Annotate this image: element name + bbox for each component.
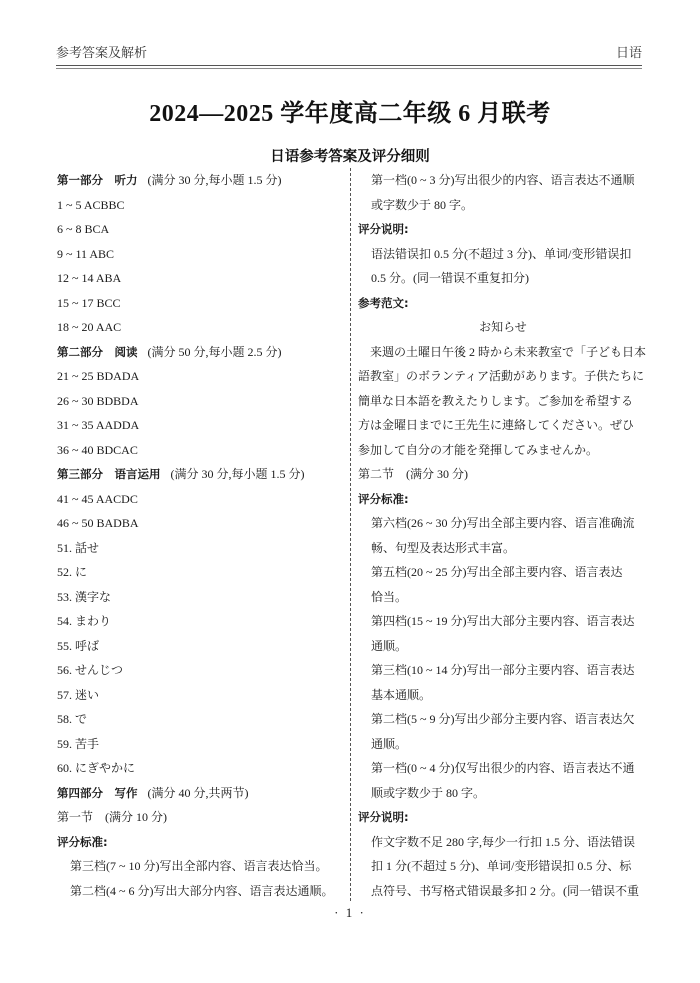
answer-row: 9 ~ 11 ABC bbox=[57, 242, 343, 267]
writing-section1-title: 第一节 (满分 10 分) bbox=[57, 805, 343, 830]
explanation-line: 扣 1 分(不超过 5 分)、单词/变形错误扣 0.5 分、标 bbox=[358, 854, 648, 879]
criteria-line: 第四档(15 ~ 19 分)写出大部分主要内容、语言表达 bbox=[358, 609, 648, 634]
sample-line: 簡単な日本語を教えたりします。ご参加を希望する bbox=[358, 389, 648, 414]
answer-row: 15 ~ 17 BCC bbox=[57, 291, 343, 316]
criteria-line: 第一档(0 ~ 4 分)仅写出很少的内容、语言表达不通 bbox=[358, 756, 648, 781]
criteria-line: 第一档(0 ~ 3 分)写出很少的内容、语言表达不通顺 bbox=[358, 168, 648, 193]
part1-heading: 第一部分 听力(满分 30 分,每小题 1.5 分) bbox=[57, 168, 343, 193]
column-divider bbox=[350, 168, 351, 901]
answer-row: 31 ~ 35 AADDA bbox=[57, 413, 343, 438]
answer-row: 54. まわり bbox=[57, 609, 343, 634]
sample-line: 来週の土曜日午後 2 時から未来教室で「子ども日本 bbox=[358, 340, 648, 365]
answer-row: 51. 話せ bbox=[57, 536, 343, 561]
answer-row: 26 ~ 30 BDBDA bbox=[57, 389, 343, 414]
part2-title: 第二部分 阅读 bbox=[57, 345, 138, 359]
part3-note: (满分 30 分,每小题 1.5 分) bbox=[171, 467, 305, 481]
criteria-line: 第三档(10 ~ 14 分)写出一部分主要内容、语言表达 bbox=[358, 658, 648, 683]
criteria-line: 第二档(4 ~ 6 分)写出大部分内容、语言表达通顺。 bbox=[57, 879, 343, 904]
sample-line: 語教室」のボランティア活動があります。子供たちに bbox=[358, 364, 648, 389]
answer-row: 57. 迷い bbox=[57, 683, 343, 708]
writing-section2-title: 第二节 (满分 30 分) bbox=[358, 462, 648, 487]
part1-title: 第一部分 听力 bbox=[57, 173, 138, 187]
criteria-line: 第二档(5 ~ 9 分)写出少部分主要内容、语言表达欠 bbox=[358, 707, 648, 732]
answer-row: 59. 苦手 bbox=[57, 732, 343, 757]
criteria-label: 评分标准: bbox=[358, 487, 648, 512]
answer-row: 21 ~ 25 BDADA bbox=[57, 364, 343, 389]
part4-heading: 第四部分 写作(满分 40 分,共两节) bbox=[57, 781, 343, 806]
page-title: 2024—2025 学年度高二年级 6 月联考 bbox=[0, 93, 700, 128]
sample-line: 参加して自分の才能を発揮してみませんか。 bbox=[358, 438, 648, 463]
answer-row: 58. で bbox=[57, 707, 343, 732]
part4-note: (满分 40 分,共两节) bbox=[148, 786, 249, 800]
answer-row: 41 ~ 45 AACDC bbox=[57, 487, 343, 512]
answer-row: 56. せんじつ bbox=[57, 658, 343, 683]
answer-row: 53. 漢字な bbox=[57, 585, 343, 610]
answer-row: 18 ~ 20 AAC bbox=[57, 315, 343, 340]
sample-title: お知らせ bbox=[358, 315, 648, 340]
criteria-line: 第三档(7 ~ 10 分)写出全部内容、语言表达恰当。 bbox=[57, 854, 343, 879]
criteria-line: 恰当。 bbox=[358, 585, 648, 610]
answer-row: 36 ~ 40 BDCAC bbox=[57, 438, 343, 463]
criteria-label: 评分标准: bbox=[57, 830, 343, 855]
part2-note: (满分 50 分,每小题 2.5 分) bbox=[148, 345, 282, 359]
header-double-rule bbox=[56, 65, 642, 69]
part3-heading: 第三部分 语言运用(满分 30 分,每小题 1.5 分) bbox=[57, 462, 343, 487]
sample-line: 方は金曜日までに王先生に連絡してください。ぜひ bbox=[358, 413, 648, 438]
answer-row: 55. 呼ば bbox=[57, 634, 343, 659]
answer-row: 46 ~ 50 BADBA bbox=[57, 511, 343, 536]
answer-row: 52. に bbox=[57, 560, 343, 585]
part3-title: 第三部分 语言运用 bbox=[57, 467, 161, 481]
answer-row: 1 ~ 5 ACBBC bbox=[57, 193, 343, 218]
criteria-line: 第六档(26 ~ 30 分)写出全部主要内容、语言准确流 bbox=[358, 511, 648, 536]
criteria-line: 通顺。 bbox=[358, 634, 648, 659]
page-subtitle: 日语参考答案及评分细则 bbox=[0, 145, 700, 166]
part2-heading: 第二部分 阅读(满分 50 分,每小题 2.5 分) bbox=[57, 340, 343, 365]
criteria-line: 第五档(20 ~ 25 分)写出全部主要内容、语言表达 bbox=[358, 560, 648, 585]
explanation-line: 语法错误扣 0.5 分(不超过 3 分)、单词/变形错误扣 bbox=[358, 242, 648, 267]
header-left-label: 参考答案及解析 bbox=[56, 42, 147, 61]
sample-label: 参考范文: bbox=[358, 291, 648, 316]
answer-row: 60. にぎやかに bbox=[57, 756, 343, 781]
explanation-line: 点符号、书写格式错误最多扣 2 分。(同一错误不重 bbox=[358, 879, 648, 904]
criteria-line: 畅、句型及表达形式丰富。 bbox=[358, 536, 648, 561]
explanation-line: 作文字数不足 280 字,每少一行扣 1.5 分、语法错误 bbox=[358, 830, 648, 855]
right-column: 第一档(0 ~ 3 分)写出很少的内容、语言表达不通顺 或字数少于 80 字。 … bbox=[358, 168, 648, 903]
criteria-line: 基本通顺。 bbox=[358, 683, 648, 708]
header-subject-label: 日语 bbox=[616, 42, 642, 61]
part1-note: (满分 30 分,每小题 1.5 分) bbox=[148, 173, 282, 187]
answer-row: 12 ~ 14 ABA bbox=[57, 266, 343, 291]
criteria-line: 或字数少于 80 字。 bbox=[358, 193, 648, 218]
page-number: · 1 · bbox=[0, 905, 700, 921]
running-header: 参考答案及解析 日语 bbox=[56, 40, 642, 62]
explanation-label: 评分说明: bbox=[358, 805, 648, 830]
explanation-label: 评分说明: bbox=[358, 217, 648, 242]
criteria-line: 顺或字数少于 80 字。 bbox=[358, 781, 648, 806]
left-column: 第一部分 听力(满分 30 分,每小题 1.5 分) 1 ~ 5 ACBBC 6… bbox=[57, 168, 343, 903]
criteria-line: 通顺。 bbox=[358, 732, 648, 757]
explanation-line: 0.5 分。(同一错误不重复扣分) bbox=[358, 266, 648, 291]
answer-row: 6 ~ 8 BCA bbox=[57, 217, 343, 242]
part4-title: 第四部分 写作 bbox=[57, 786, 138, 800]
